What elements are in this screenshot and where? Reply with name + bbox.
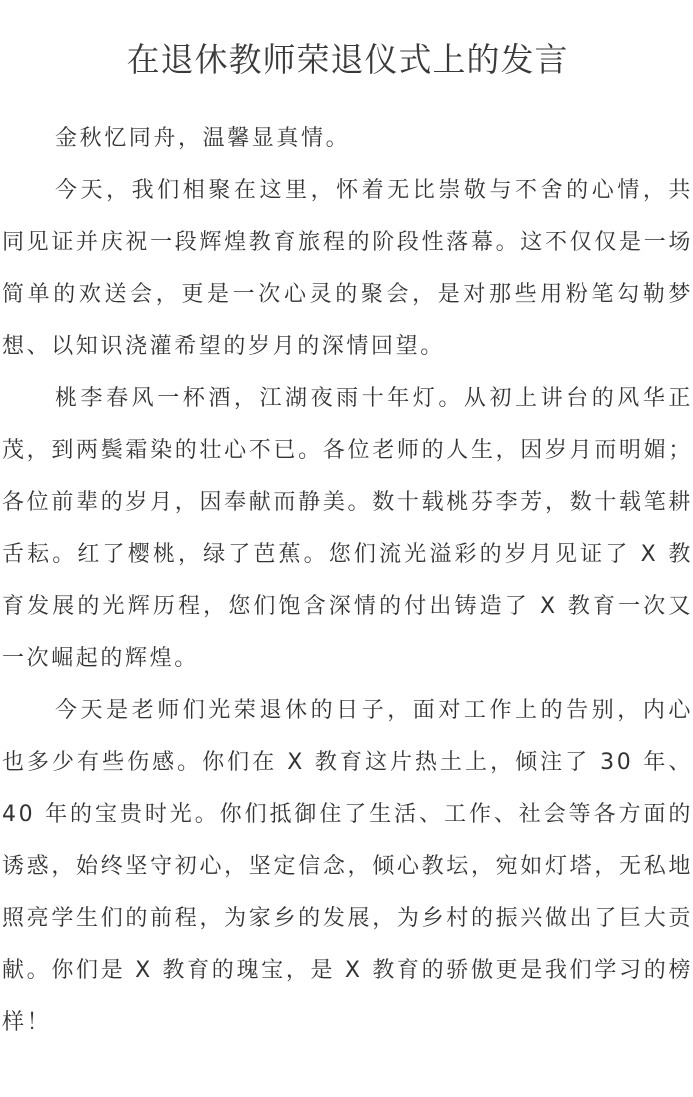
paragraph-retirement: 今天是老师们光荣退休的日子，面对工作上的告别，内心也多少有些伤感。你们在 X 教… bbox=[2, 685, 693, 1049]
paragraph-tribute: 桃李春风一杯酒，江湖夜雨十年灯。从初上讲台的风华正茂，到两鬓霜染的壮心不已。各位… bbox=[2, 373, 693, 685]
page-title: 在退休教师荣退仪式上的发言 bbox=[2, 0, 693, 86]
paragraph-gathering: 今天，我们相聚在这里，怀着无比崇敬与不舍的心情，共同见证并庆祝一段辉煌教育旅程的… bbox=[2, 165, 693, 373]
paragraph-opening: 金秋忆同舟，温馨显真情。 bbox=[2, 113, 693, 165]
article-body: 金秋忆同舟，温馨显真情。 今天，我们相聚在这里，怀着无比崇敬与不舍的心情，共同见… bbox=[2, 113, 693, 1049]
article: 在退休教师荣退仪式上的发言 金秋忆同舟，温馨显真情。 今天，我们相聚在这里，怀着… bbox=[0, 0, 693, 1049]
